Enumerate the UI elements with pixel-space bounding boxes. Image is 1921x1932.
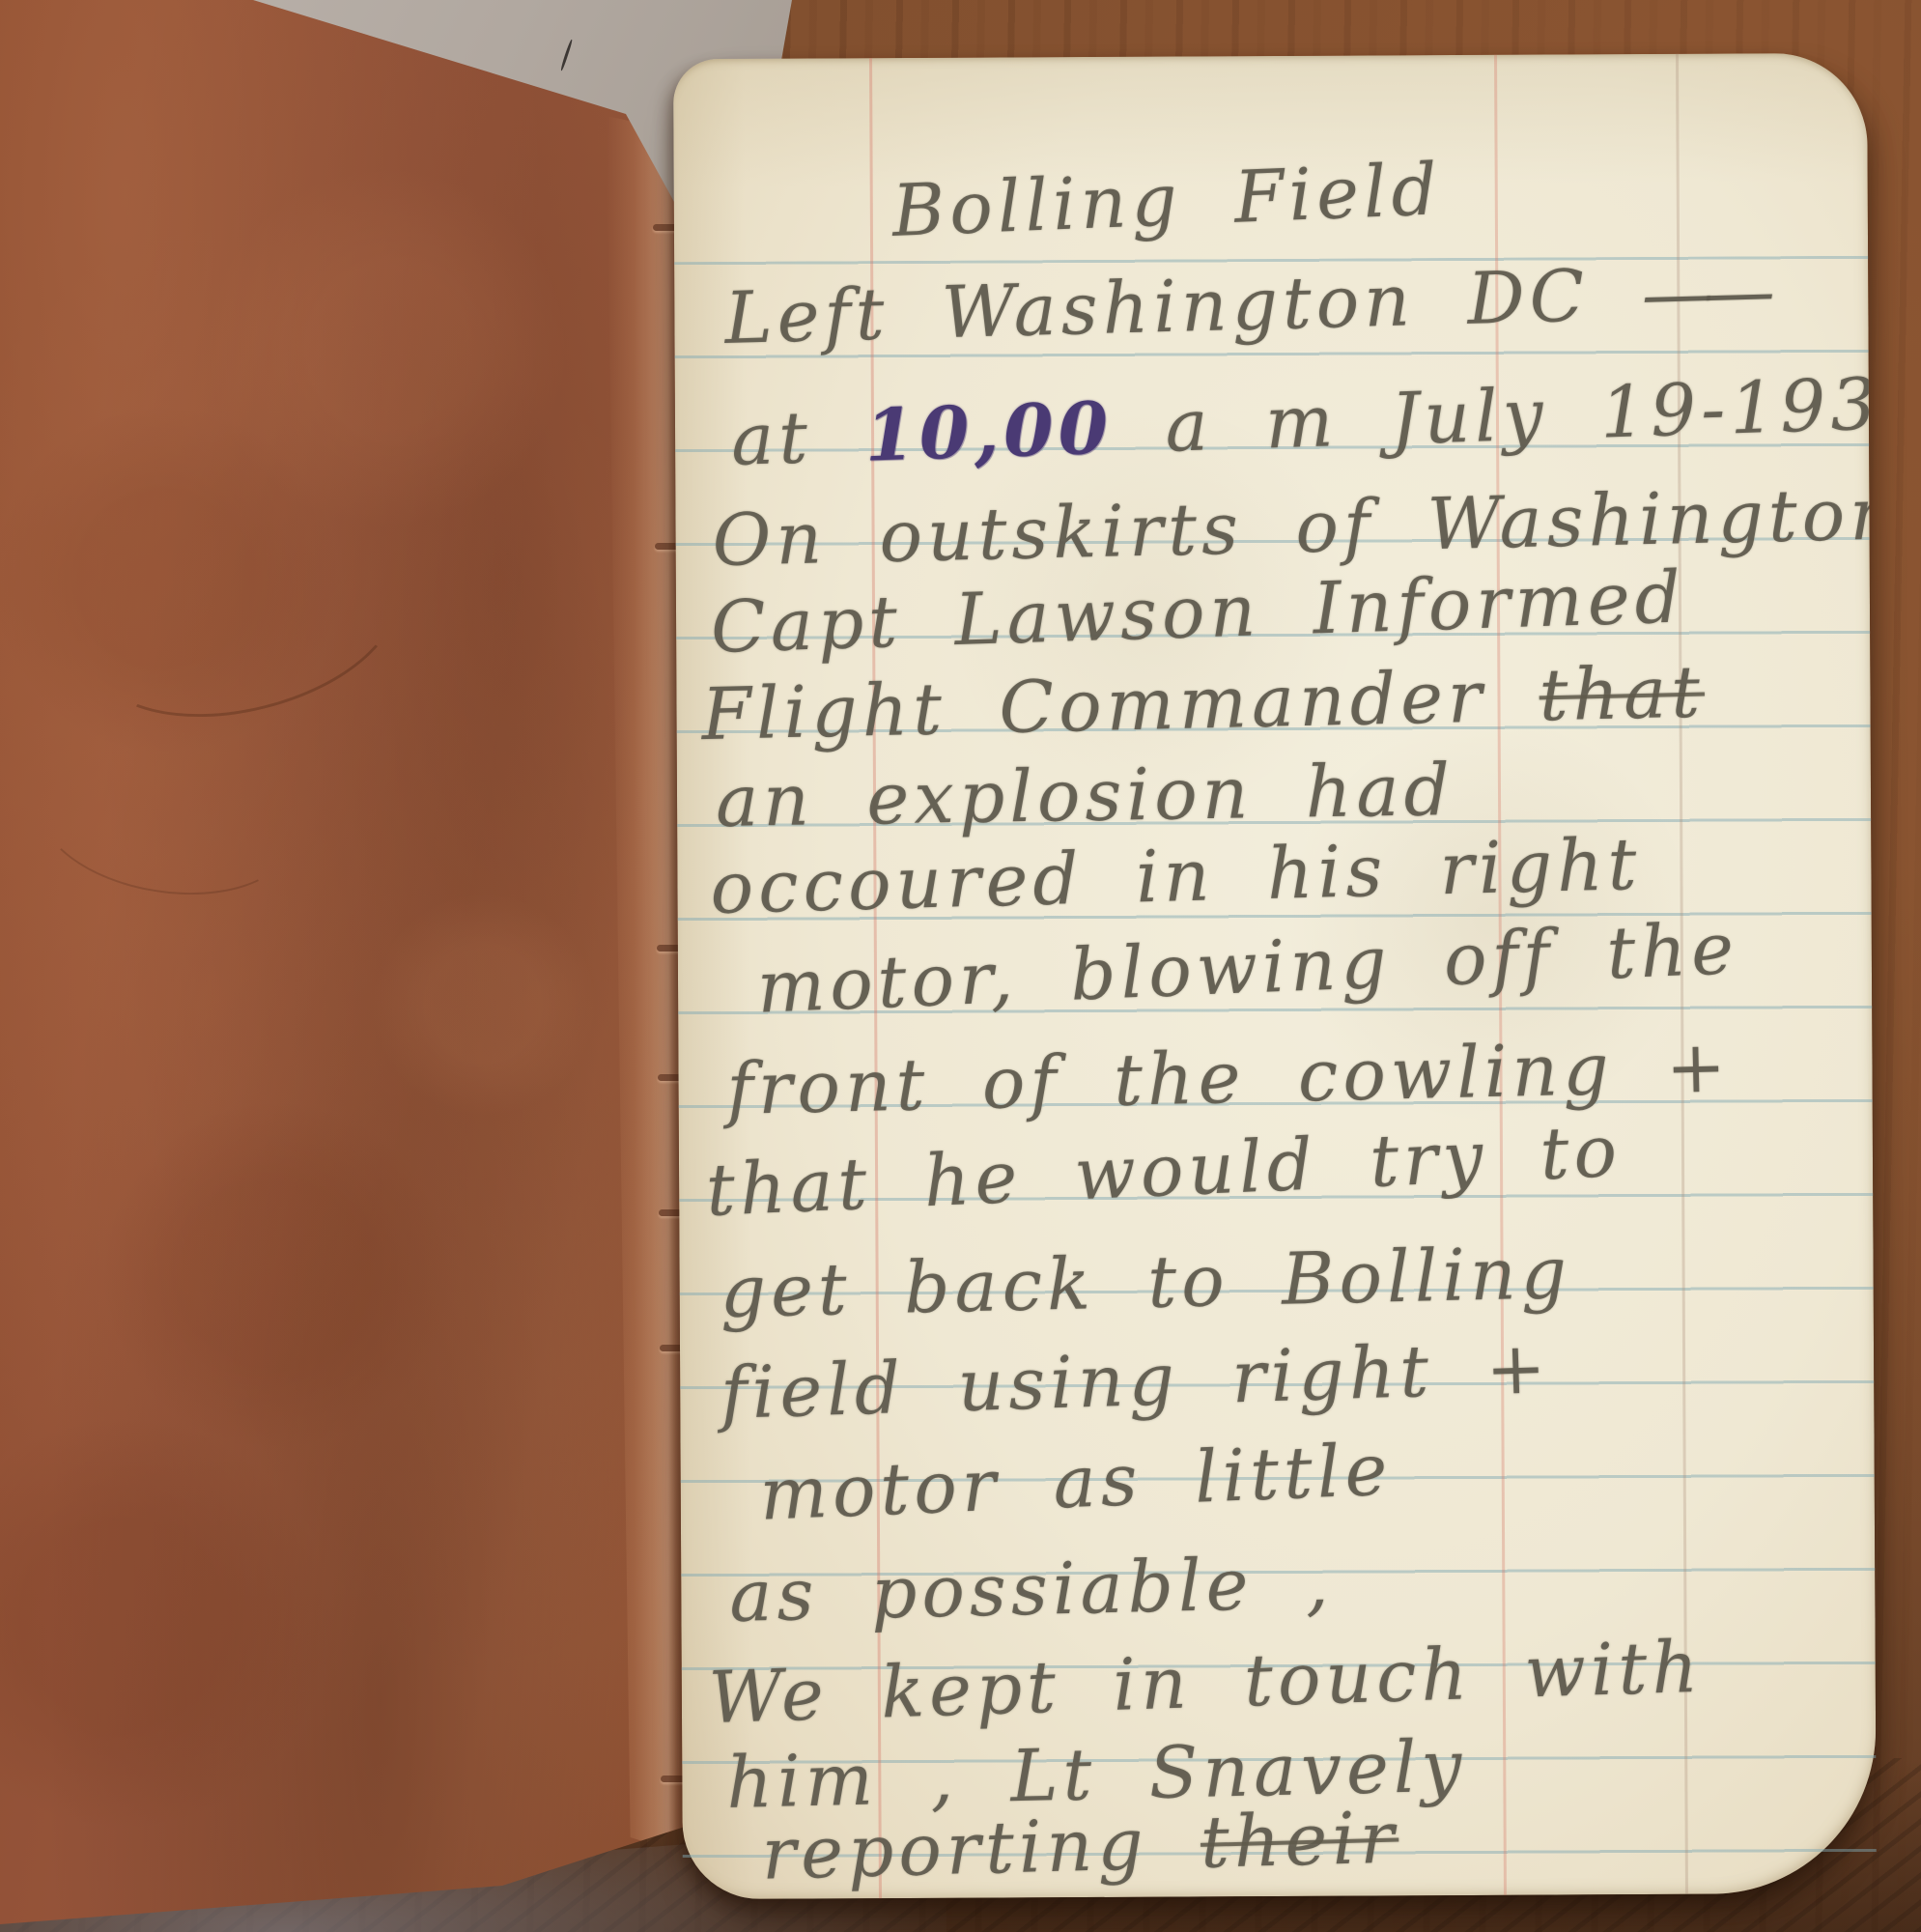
handwriting-segment: that	[1539, 651, 1706, 738]
overwritten-time-value: 10,00	[863, 387, 1114, 478]
handwriting-line: motor as little	[758, 1435, 1393, 1531]
handwriting-segment: motor as little	[758, 1429, 1394, 1537]
handwriting-line: at 10,00 a m July 19-1934	[730, 367, 1877, 476]
handwriting-segment: Left Washington DC	[723, 253, 1643, 360]
handwriting-segment: as possiable ,	[728, 1542, 1334, 1638]
handwriting-line: On outskirts of Washington	[712, 478, 1877, 577]
handwriting-line: get back to Bolling	[720, 1237, 1572, 1328]
handwriting-segment: motor, blowing off the	[755, 907, 1739, 1030]
notebook-leather-cover	[0, 0, 692, 1932]
notebook-page: Bolling FieldLeft Washington DC ——at 10,…	[673, 53, 1877, 1899]
leather-mottling	[0, 0, 692, 1932]
handwriting-segment: We kept in touch with	[708, 1626, 1705, 1740]
handwriting-segment: Bolling Field	[890, 148, 1443, 253]
handwriting-layer: Bolling FieldLeft Washington DC ——at 10,…	[673, 53, 1877, 1899]
handwriting-segment: their	[1200, 1797, 1399, 1885]
handwriting-line: Left Washington DC ——	[723, 256, 1766, 355]
handwriting-line: an explosion had	[715, 754, 1455, 838]
handwriting-line: occoured in his right	[710, 829, 1643, 924]
handwriting-segment: get back to Bolling	[720, 1232, 1572, 1334]
handwriting-segment: field using right +	[720, 1326, 1552, 1435]
handwriting-segment: at	[730, 395, 866, 482]
handwriting-line: as possiable ,	[729, 1548, 1335, 1633]
handwriting-line: motor, blowing off the	[756, 913, 1740, 1024]
handwriting-line: that he would try to	[705, 1116, 1624, 1227]
handwriting-line: field using right +	[720, 1332, 1552, 1430]
handwriting-segment: On outskirts of Washington	[712, 472, 1877, 582]
handwriting-segment: a m July 19-1934	[1112, 361, 1877, 470]
handwriting-line: Bolling Field	[890, 154, 1443, 247]
handwriting-line: We kept in touch with	[708, 1632, 1704, 1734]
handwriting-line: Flight Commander that	[701, 657, 1706, 752]
handwriting-segment: Flight Commander	[701, 654, 1540, 756]
handwriting-segment: reporting	[761, 1802, 1202, 1896]
handwriting-line: reporting their	[761, 1803, 1399, 1890]
handwriting-segment: ——	[1641, 250, 1766, 336]
handwriting-segment: an explosion had	[715, 749, 1455, 843]
photo-of-open-notebook: Bolling FieldLeft Washington DC ——at 10,…	[0, 0, 1921, 1932]
